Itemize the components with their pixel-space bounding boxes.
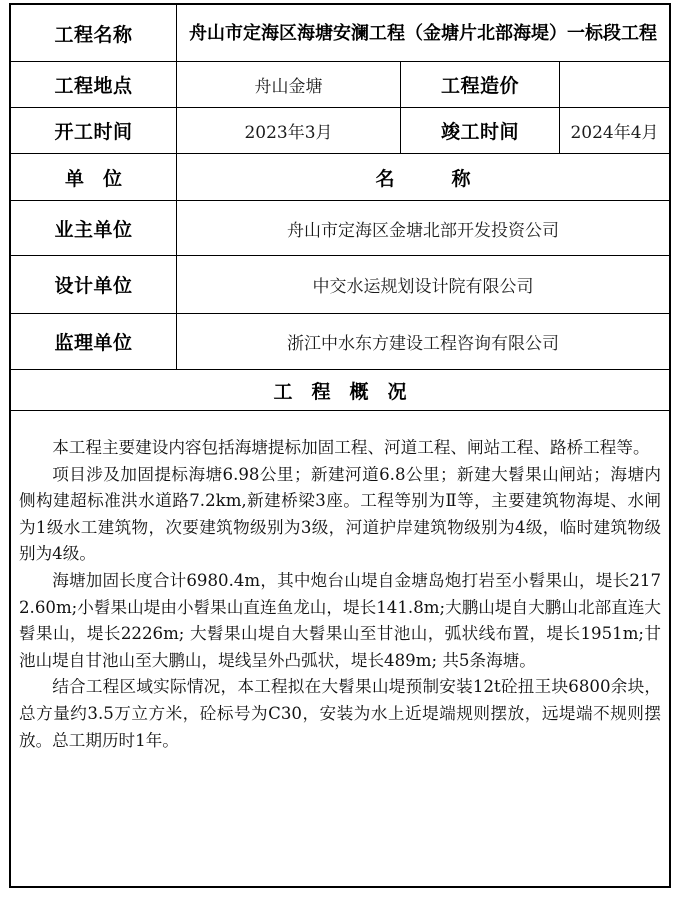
project-name-value: 舟山市定海区海塘安澜工程（金塘片北部海堤）一标段工程 [177, 5, 669, 61]
row-location-cost: 工程地点 舟山金塘 工程造价 [11, 62, 669, 108]
name-column-header: 名 称 [177, 154, 669, 200]
overview-paragraph-2: 项目涉及加固提标海塘6.98公里；新建河道6.8公里；新建大髫果山闸站；海塘内侧… [19, 462, 661, 568]
unit-column-header: 单 位 [11, 154, 177, 200]
project-info-table: 工程名称 舟山市定海区海塘安澜工程（金塘片北部海堤）一标段工程 工程地点 舟山金… [9, 3, 671, 888]
overview-paragraph-4: 结合工程区域实际情况，本工程拟在大髫果山堤预制安装12t砼扭王块6800余块，总… [19, 674, 661, 754]
project-name-label: 工程名称 [11, 5, 177, 61]
supervision-unit-value: 浙江中水东方建设工程咨询有限公司 [177, 314, 669, 369]
end-date-value: 2024年4月 [560, 108, 669, 153]
start-date-label: 开工时间 [11, 108, 177, 153]
row-owner-unit: 业主单位 舟山市定海区金塘北部开发投资公司 [11, 201, 669, 256]
row-project-name: 工程名称 舟山市定海区海塘安澜工程（金塘片北部海堤）一标段工程 [11, 5, 669, 62]
overview-body: 本工程主要建设内容包括海塘提标加固工程、河道工程、闸站工程、路桥工程等。 项目涉… [11, 411, 669, 886]
overview-header: 工 程 概 况 [11, 370, 669, 410]
start-date-value: 2023年3月 [177, 108, 401, 153]
location-label: 工程地点 [11, 62, 177, 107]
owner-unit-label: 业主单位 [11, 201, 177, 255]
row-dates: 开工时间 2023年3月 竣工时间 2024年4月 [11, 108, 669, 154]
location-value: 舟山金塘 [177, 62, 401, 107]
design-unit-label: 设计单位 [11, 256, 177, 313]
cost-value [560, 62, 669, 107]
overview-paragraph-1: 本工程主要建设内容包括海塘提标加固工程、河道工程、闸站工程、路桥工程等。 [19, 435, 661, 462]
owner-unit-value: 舟山市定海区金塘北部开发投资公司 [177, 201, 669, 255]
row-overview-header: 工 程 概 况 [11, 370, 669, 411]
row-units-header: 单 位 名 称 [11, 154, 669, 201]
row-design-unit: 设计单位 中交水运规划设计院有限公司 [11, 256, 669, 314]
supervision-unit-label: 监理单位 [11, 314, 177, 369]
design-unit-value: 中交水运规划设计院有限公司 [177, 256, 669, 313]
row-supervision-unit: 监理单位 浙江中水东方建设工程咨询有限公司 [11, 314, 669, 370]
overview-paragraph-3: 海塘加固长度合计6980.4m，其中炮台山堤自金塘岛炮打岩至小髫果山，堤长217… [19, 568, 661, 674]
cost-label: 工程造价 [401, 62, 560, 107]
end-date-label: 竣工时间 [401, 108, 560, 153]
